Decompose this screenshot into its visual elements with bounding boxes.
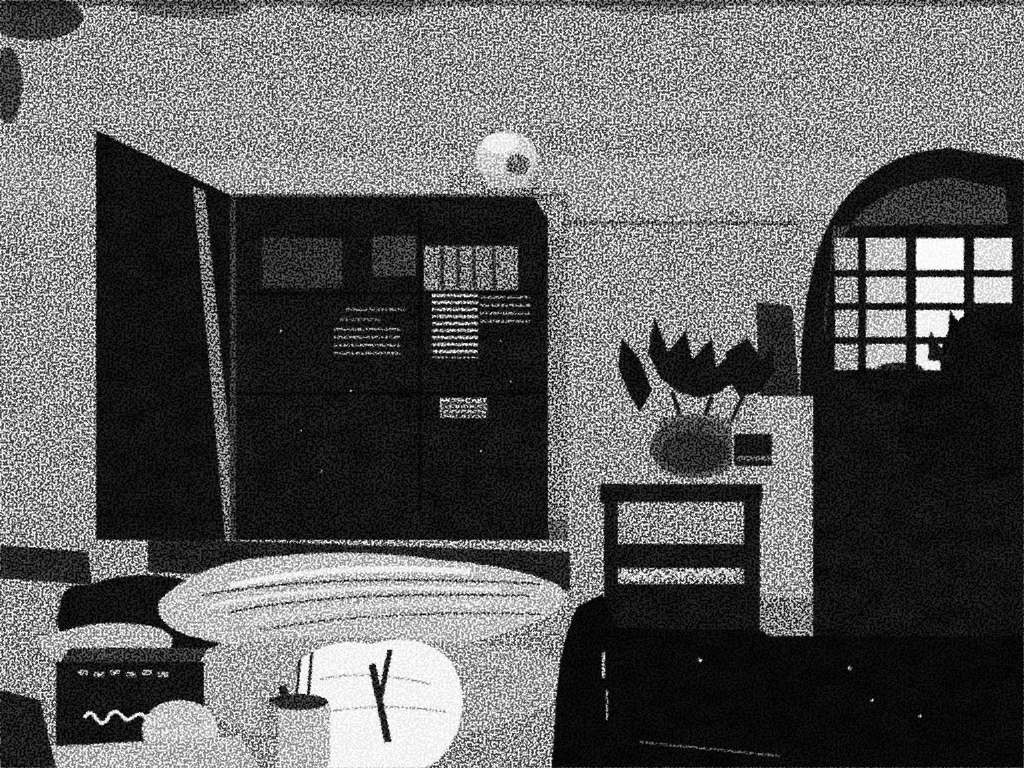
book-gap bbox=[472, 248, 476, 288]
box-top-face bbox=[60, 648, 208, 662]
bust-shoulders bbox=[487, 174, 529, 188]
chair-edge-glint bbox=[602, 652, 605, 678]
box-stripe bbox=[442, 413, 485, 415]
pot-shadow bbox=[661, 432, 729, 472]
box-stripe bbox=[442, 408, 485, 410]
paper-edge bbox=[346, 308, 406, 311]
dim-books bbox=[262, 238, 342, 288]
book-gap bbox=[492, 248, 496, 288]
glass-door-stile bbox=[418, 210, 422, 510]
shelf-line bbox=[234, 392, 544, 395]
bookcase-left-edge bbox=[230, 196, 236, 556]
chair-edge-glint bbox=[606, 690, 608, 720]
stand-lower-panel bbox=[604, 584, 760, 632]
picture-rail-line bbox=[545, 221, 800, 225]
scanned-room-photograph bbox=[0, 0, 1024, 768]
foliage-tip bbox=[875, 362, 925, 382]
window-bar bbox=[833, 270, 1013, 277]
stand-top bbox=[600, 484, 762, 502]
dim-object bbox=[372, 236, 416, 276]
stacked-papers-left bbox=[334, 324, 400, 358]
window-glow bbox=[916, 240, 964, 268]
wall-light-band-upper bbox=[0, 96, 1024, 126]
stacked-papers-right bbox=[480, 294, 530, 324]
lit-wall-fade bbox=[757, 598, 813, 636]
book-gap bbox=[456, 248, 460, 288]
stand-top-highlight bbox=[602, 478, 762, 484]
book-gap bbox=[440, 248, 444, 288]
foliage-tip bbox=[853, 368, 883, 384]
desk-foreground bbox=[0, 538, 600, 768]
stand-mid-rail bbox=[604, 544, 760, 568]
paper-edge bbox=[340, 318, 380, 321]
ledge-highlight bbox=[737, 456, 811, 461]
box-stripe bbox=[442, 403, 485, 405]
open-door bbox=[96, 130, 241, 558]
arched-window bbox=[800, 148, 1024, 640]
small-object-beside-bust bbox=[448, 172, 470, 190]
small-dark-box bbox=[733, 433, 773, 467]
stand-back-gap bbox=[618, 502, 744, 544]
bust-highlight bbox=[482, 133, 518, 153]
bust-face-shadow bbox=[506, 154, 530, 176]
plant-stand bbox=[600, 478, 762, 632]
photo-artwork bbox=[0, 0, 1024, 768]
shelf-books bbox=[424, 246, 518, 290]
cup-shade bbox=[266, 702, 278, 768]
stacked-papers bbox=[432, 294, 478, 358]
